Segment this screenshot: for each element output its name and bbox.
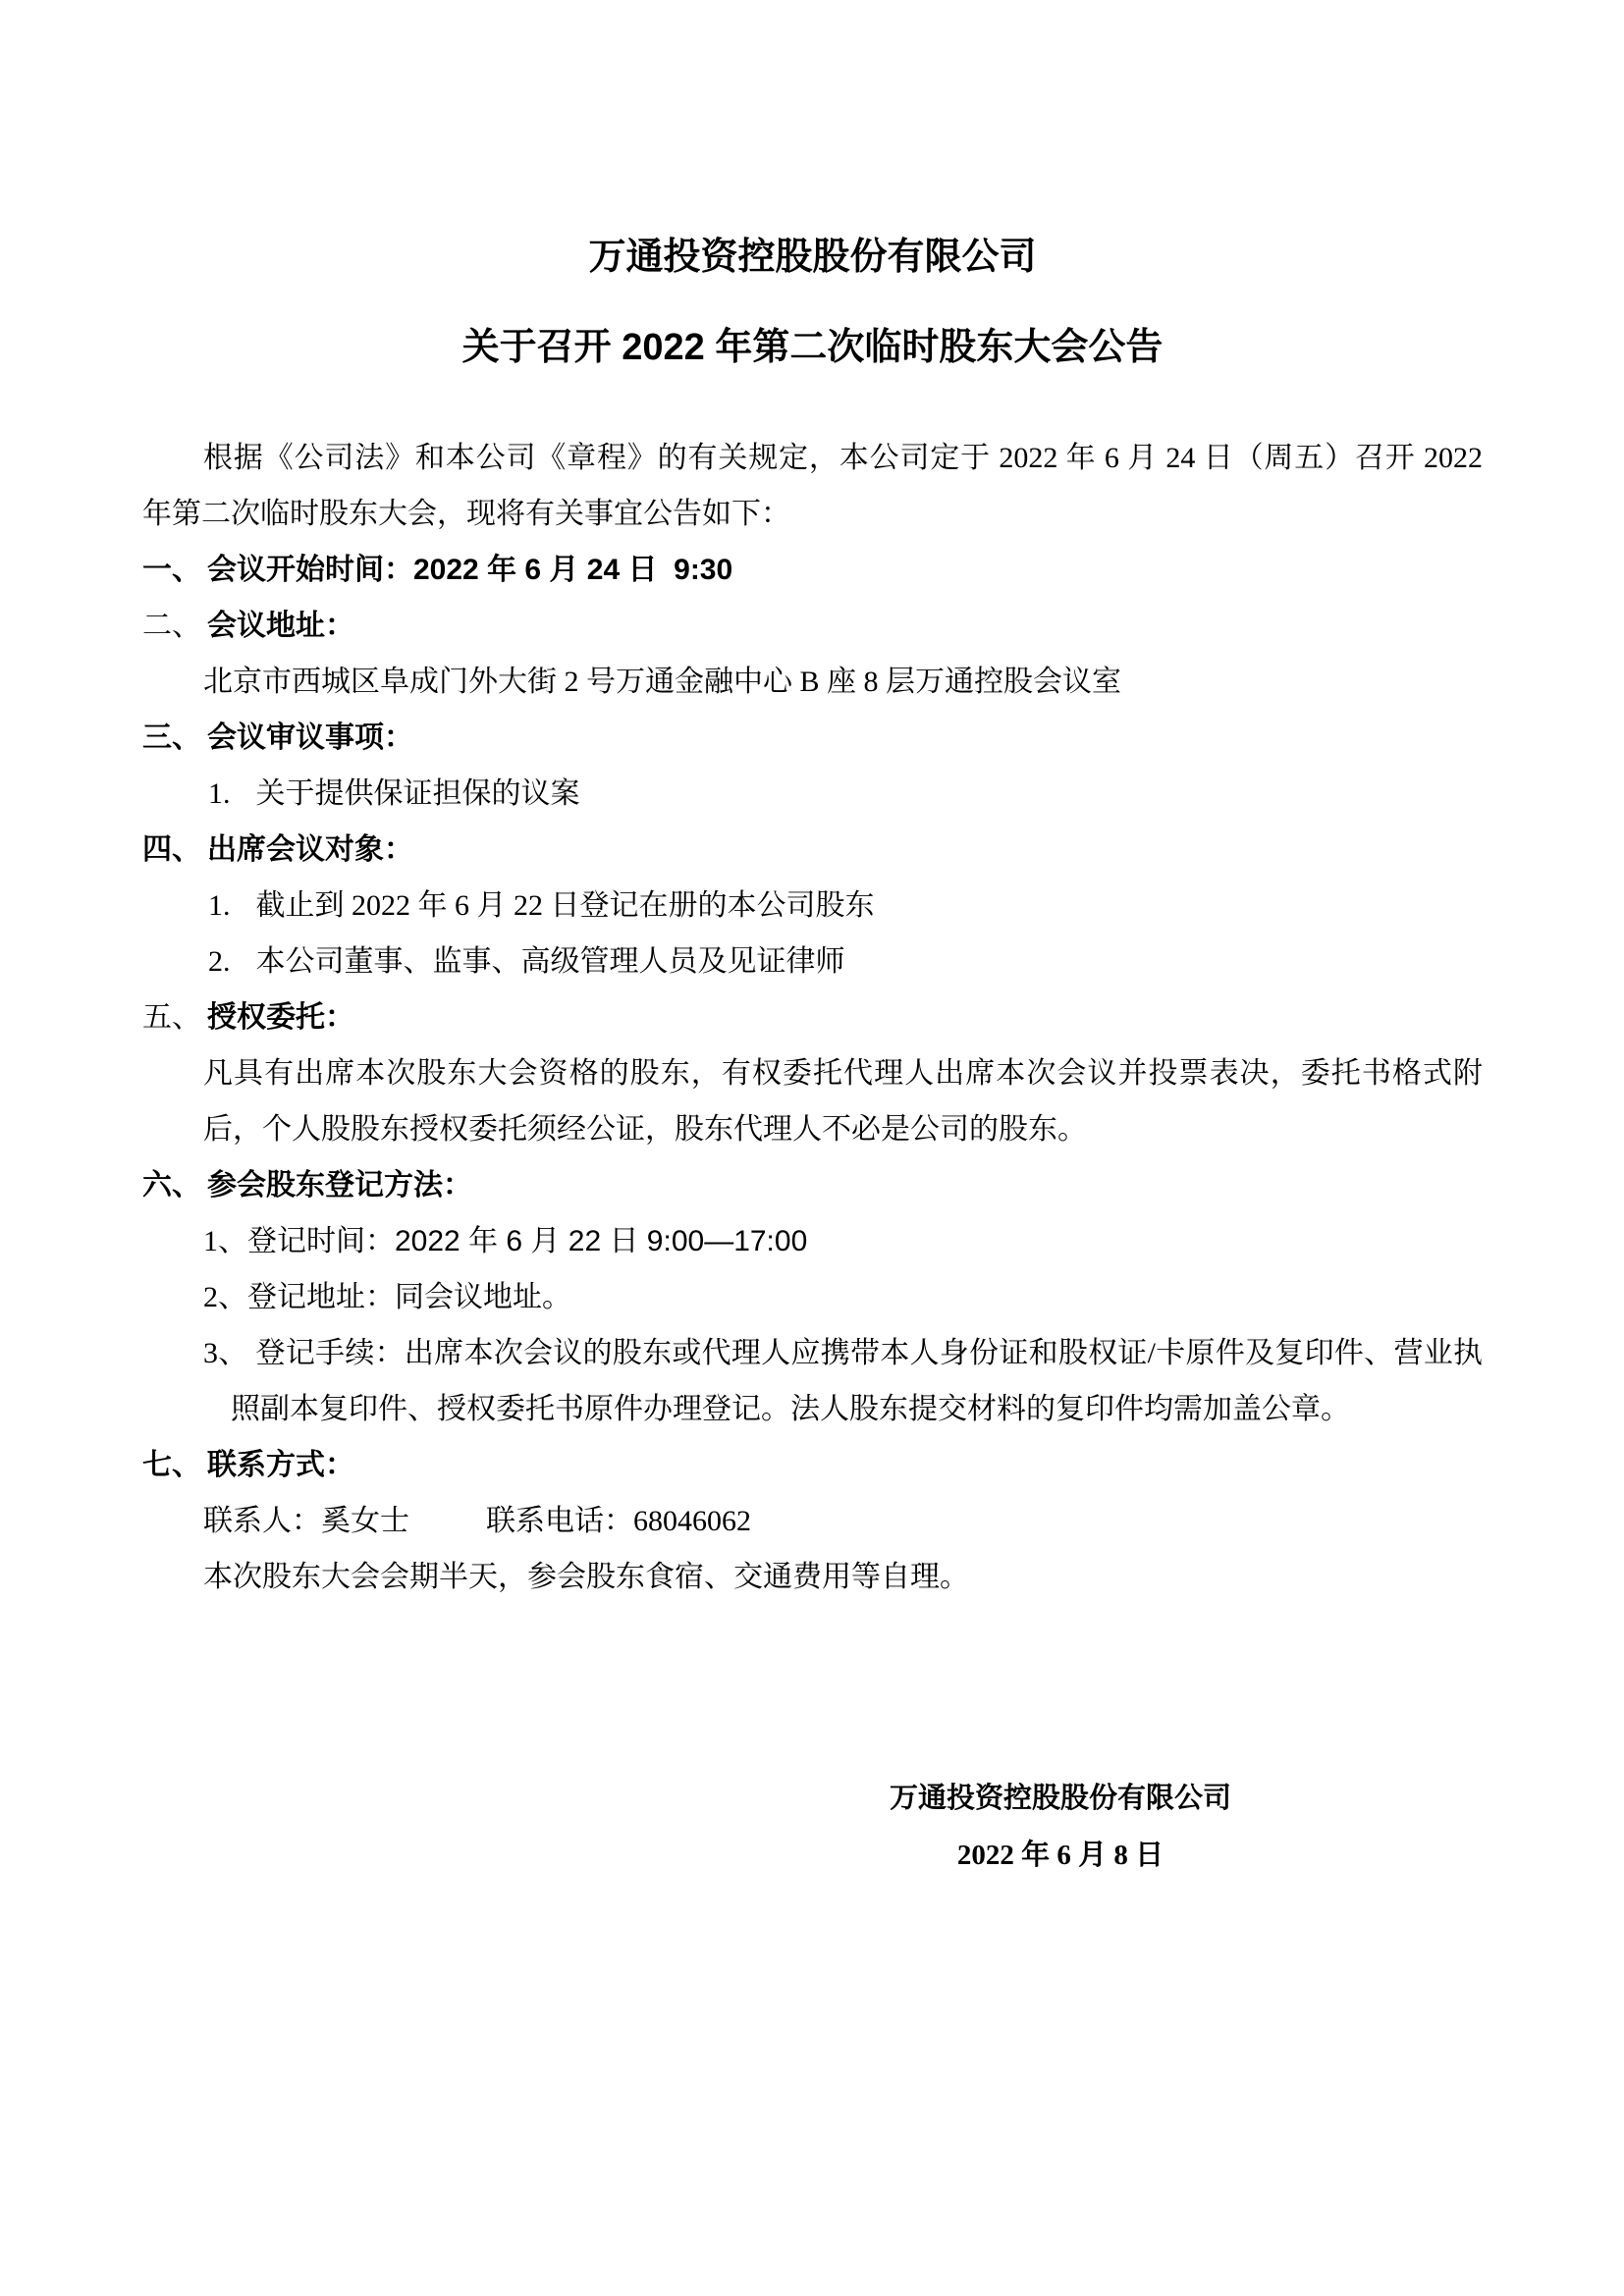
section-3-heading: 三、会议审议事项： <box>142 710 1483 766</box>
section-4-item-1-number: 1. <box>208 889 231 922</box>
contact-name: 奚女士 <box>321 1505 409 1537</box>
section-1-heading: 一、会议开始时间：2022 年 6 月 24 日 9:30 <box>142 542 1483 598</box>
section-4-title: 出席会议对象： <box>207 833 413 866</box>
section-3-item-1-text: 关于提供保证担保的议案 <box>256 777 580 810</box>
section-7-number: 七、 <box>142 1449 201 1481</box>
section-2-content: 北京市西城区阜成门外大街 2 号万通金融中心 B 座 8 层万通控股会议室 <box>142 654 1483 710</box>
section-1-title: 会议开始时间： <box>207 554 413 586</box>
section-6-title: 参会股东登记方法： <box>207 1169 472 1201</box>
section-5-title: 授权委托： <box>207 1001 354 1034</box>
document-page: 万通投资控股股份有限公司 关于召开 2022 年第二次临时股东大会公告 根据《公… <box>0 0 1624 2296</box>
section-7-title: 联系方式： <box>207 1449 354 1481</box>
section-6-item-2-label: 登记地址： <box>247 1281 395 1313</box>
section-4-item-2-number: 2. <box>208 945 231 978</box>
section-5-number: 五、 <box>142 1001 201 1034</box>
signature-block: 万通投资控股股份有限公司 2022 年 6 月 8 日 <box>766 1770 1355 1884</box>
section-6-item-3-number: 3、 <box>203 1337 248 1369</box>
section-2-heading: 二、会议地址： <box>142 598 1483 654</box>
intro-paragraph: 根据《公司法》和本公司《章程》的有关规定，本公司定于 2022 年 6 月 24… <box>142 430 1483 542</box>
section-1-number: 一、 <box>142 554 201 586</box>
section-5-content: 凡具有出席本次股东大会资格的股东，有权委托代理人出席本次会议并投票表决，委托书格… <box>142 1045 1483 1157</box>
section-6-item-2: 2、登记地址：同会议地址。 <box>142 1269 1483 1325</box>
document-content: 万通投资控股股份有限公司 关于召开 2022 年第二次临时股东大会公告 根据《公… <box>142 234 1483 1884</box>
section-4-item-2-text: 本公司董事、监事、高级管理人员及见证律师 <box>256 945 845 978</box>
section-3-item-1-number: 1. <box>208 777 231 810</box>
company-title: 万通投资控股股份有限公司 <box>142 234 1483 281</box>
section-6-heading: 六、参会股东登记方法： <box>142 1157 1483 1213</box>
phone-label: 联系电话： <box>486 1505 633 1537</box>
phone-number: 68046062 <box>633 1505 751 1537</box>
section-6-item-2-number: 2、 <box>203 1281 247 1313</box>
section-6-item-3-label: 登记手续： <box>256 1337 405 1369</box>
section-4-number: 四、 <box>142 833 201 866</box>
section-6-item-2-value: 同会议地址。 <box>395 1281 571 1313</box>
section-6-item-3: 3、登记手续：出席本次会议的股东或代理人应携带本人身份证和股权证/卡原件及复印件… <box>142 1325 1483 1437</box>
signature-date: 2022 年 6 月 8 日 <box>766 1827 1355 1884</box>
section-4-item-1: 1.截止到 2022 年 6 月 22 日登记在册的本公司股东 <box>142 878 1483 934</box>
section-5-heading: 五、授权委托： <box>142 989 1483 1045</box>
section-6-item-1-label: 登记时间： <box>247 1225 395 1257</box>
signature-company: 万通投资控股股份有限公司 <box>766 1770 1355 1827</box>
section-6-item-1-number: 1、 <box>203 1225 247 1257</box>
section-6-item-1: 1、登记时间：2022 年 6 月 22 日 9:00—17:00 <box>142 1213 1483 1269</box>
section-2-title: 会议地址： <box>207 610 354 642</box>
section-3-title: 会议审议事项： <box>207 721 413 754</box>
section-4-heading: 四、出席会议对象： <box>142 822 1483 878</box>
announcement-title: 关于召开 2022 年第二次临时股东大会公告 <box>142 324 1483 371</box>
section-4-item-1-text: 截止到 2022 年 6 月 22 日登记在册的本公司股东 <box>256 889 875 922</box>
section-3-number: 三、 <box>142 721 201 754</box>
section-7-heading: 七、联系方式： <box>142 1437 1483 1493</box>
section-2-number: 二、 <box>142 610 201 642</box>
section-4-item-2: 2.本公司董事、监事、高级管理人员及见证律师 <box>142 934 1483 989</box>
note-line: 本次股东大会会期半天，参会股东食宿、交通费用等自理。 <box>142 1549 1483 1605</box>
section-6-item-3-value: 出席本次会议的股东或代理人应携带本人身份证和股权证/卡原件及复印件、营业执照副本… <box>231 1337 1483 1425</box>
contact-line: 联系人：奚女士联系电话：68046062 <box>142 1493 1483 1549</box>
section-1-value: 2022 年 6 月 24 日 9:30 <box>413 554 732 586</box>
section-6-item-1-value: 2022 年 6 月 22 日 9:00—17:00 <box>395 1225 807 1257</box>
section-3-item-1: 1.关于提供保证担保的议案 <box>142 766 1483 822</box>
contact-label: 联系人： <box>203 1505 321 1537</box>
section-6-number: 六、 <box>142 1169 201 1201</box>
